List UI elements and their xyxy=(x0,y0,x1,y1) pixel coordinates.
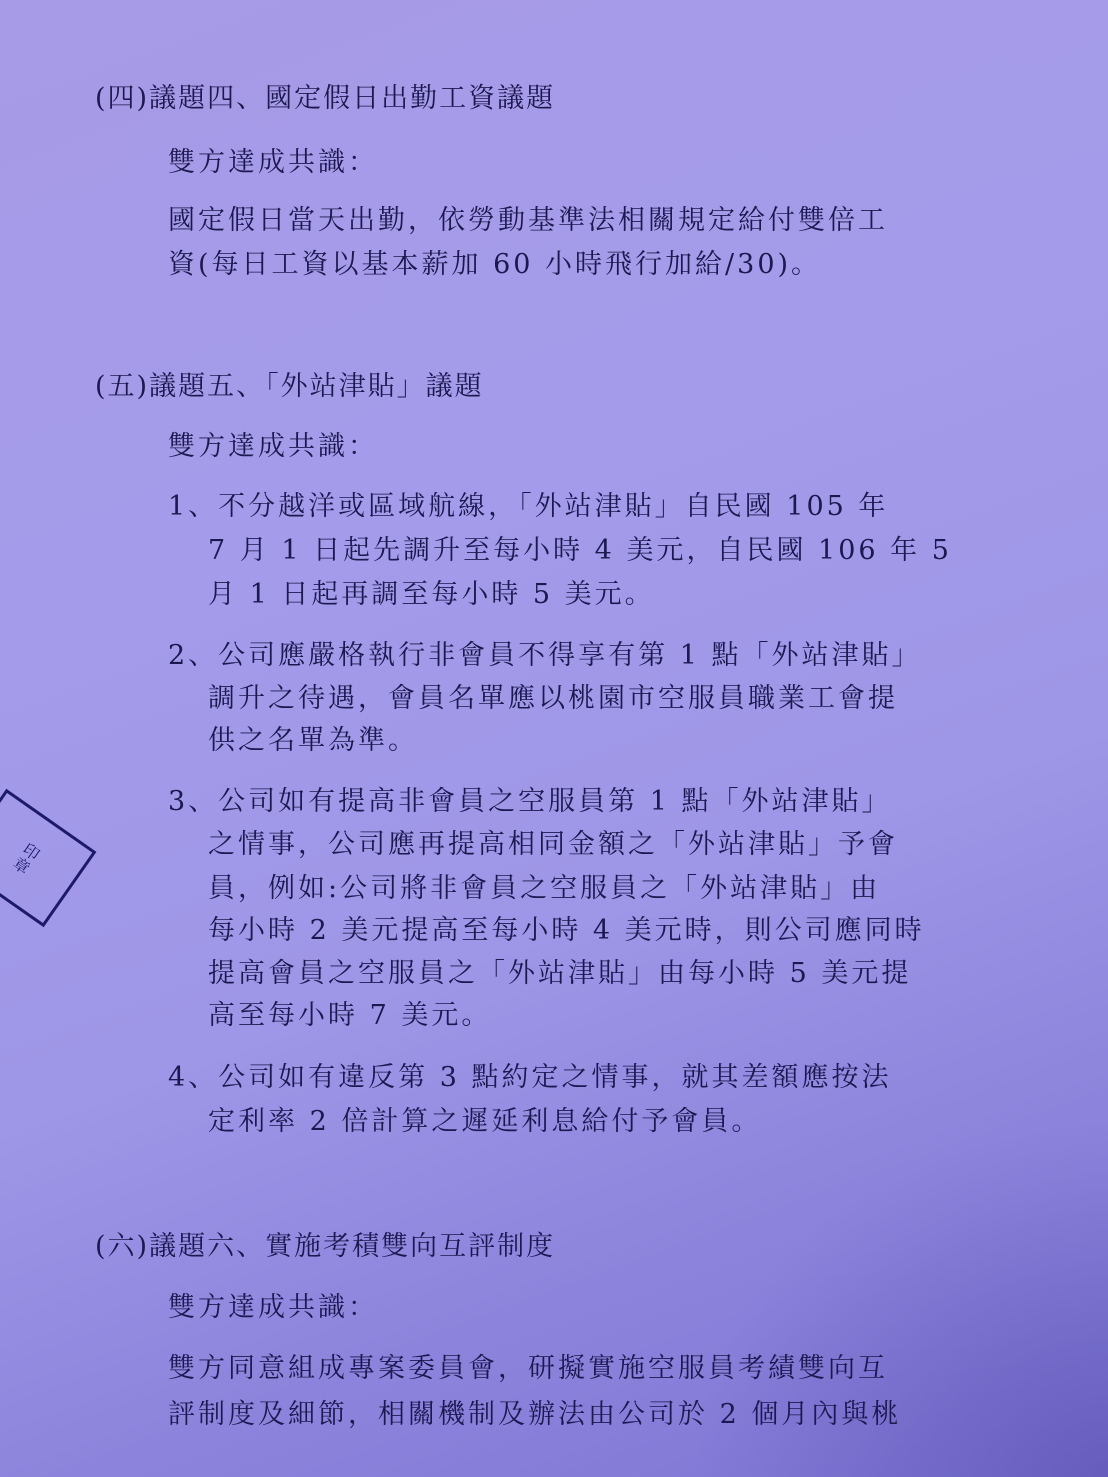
item-4-line-2: 定利率 2 倍計算之遲延利息給付予會員。 xyxy=(208,1099,761,1138)
item-3-line-2: 之情事，公司應再提高相同金額之「外站津貼」予會 xyxy=(208,822,898,861)
item-3-line-5: 提高會員之空服員之「外站津貼」由每小時 5 美元提 xyxy=(208,951,911,990)
section-4-consensus-label: 雙方達成共識： xyxy=(168,140,378,179)
section-5-consensus-label: 雙方達成共識： xyxy=(168,424,378,463)
item-3-line-4: 每小時 2 美元提高至每小時 4 美元時，則公司應同時 xyxy=(208,908,925,947)
section-6-heading: (六)議題六、實施考積雙向互評制度 xyxy=(95,1224,555,1263)
section-6-body-line-2: 評制度及細節，相關機制及辦法由公司於 2 個月內與桃 xyxy=(168,1392,901,1431)
section-6-consensus-label: 雙方達成共識： xyxy=(168,1285,378,1324)
item-3-line-1: 3、公司如有提高非會員之空服員第 1 點「外站津貼」 xyxy=(168,779,892,818)
section-6-body-line-1: 雙方同意組成專案委員會，研擬實施空服員考績雙向互 xyxy=(168,1346,888,1385)
section-4-heading: (四)議題四、國定假日出勤工資議題 xyxy=(95,76,555,115)
seal-stamp-text: 印章 xyxy=(8,839,42,877)
section-4-body-line-1: 國定假日當天出勤，依勞動基準法相關規定給付雙倍工 xyxy=(168,198,888,237)
item-1-line-3: 月 1 日起再調至每小時 5 美元。 xyxy=(208,572,655,611)
item-2-line-3: 供之名單為準。 xyxy=(208,718,418,757)
item-3-line-3: 員，例如:公司將非會員之空服員之「外站津貼」由 xyxy=(208,866,880,905)
item-3-line-6: 高至每小時 7 美元。 xyxy=(208,993,491,1032)
item-1-line-2: 7 月 1 日起先調升至每小時 4 美元，自民國 106 年 5 xyxy=(208,528,952,567)
section-5-heading: (五)議題五、「外站津貼」議題 xyxy=(95,364,484,403)
seal-stamp: 印章 xyxy=(0,789,96,927)
item-4-line-1: 4、公司如有違反第 3 點約定之情事，就其差額應按法 xyxy=(168,1055,892,1094)
section-4-body-line-2: 資(每日工資以基本薪加 60 小時飛行加給/30)。 xyxy=(168,242,821,281)
item-2-line-2: 調升之待遇，會員名單應以桃園市空服員職業工會提 xyxy=(208,676,898,715)
item-1-line-1: 1、不分越洋或區域航線，「外站津貼」自民國 105 年 xyxy=(168,484,888,523)
item-2-line-1: 2、公司應嚴格執行非會員不得享有第 1 點「外站津貼」 xyxy=(168,633,922,672)
